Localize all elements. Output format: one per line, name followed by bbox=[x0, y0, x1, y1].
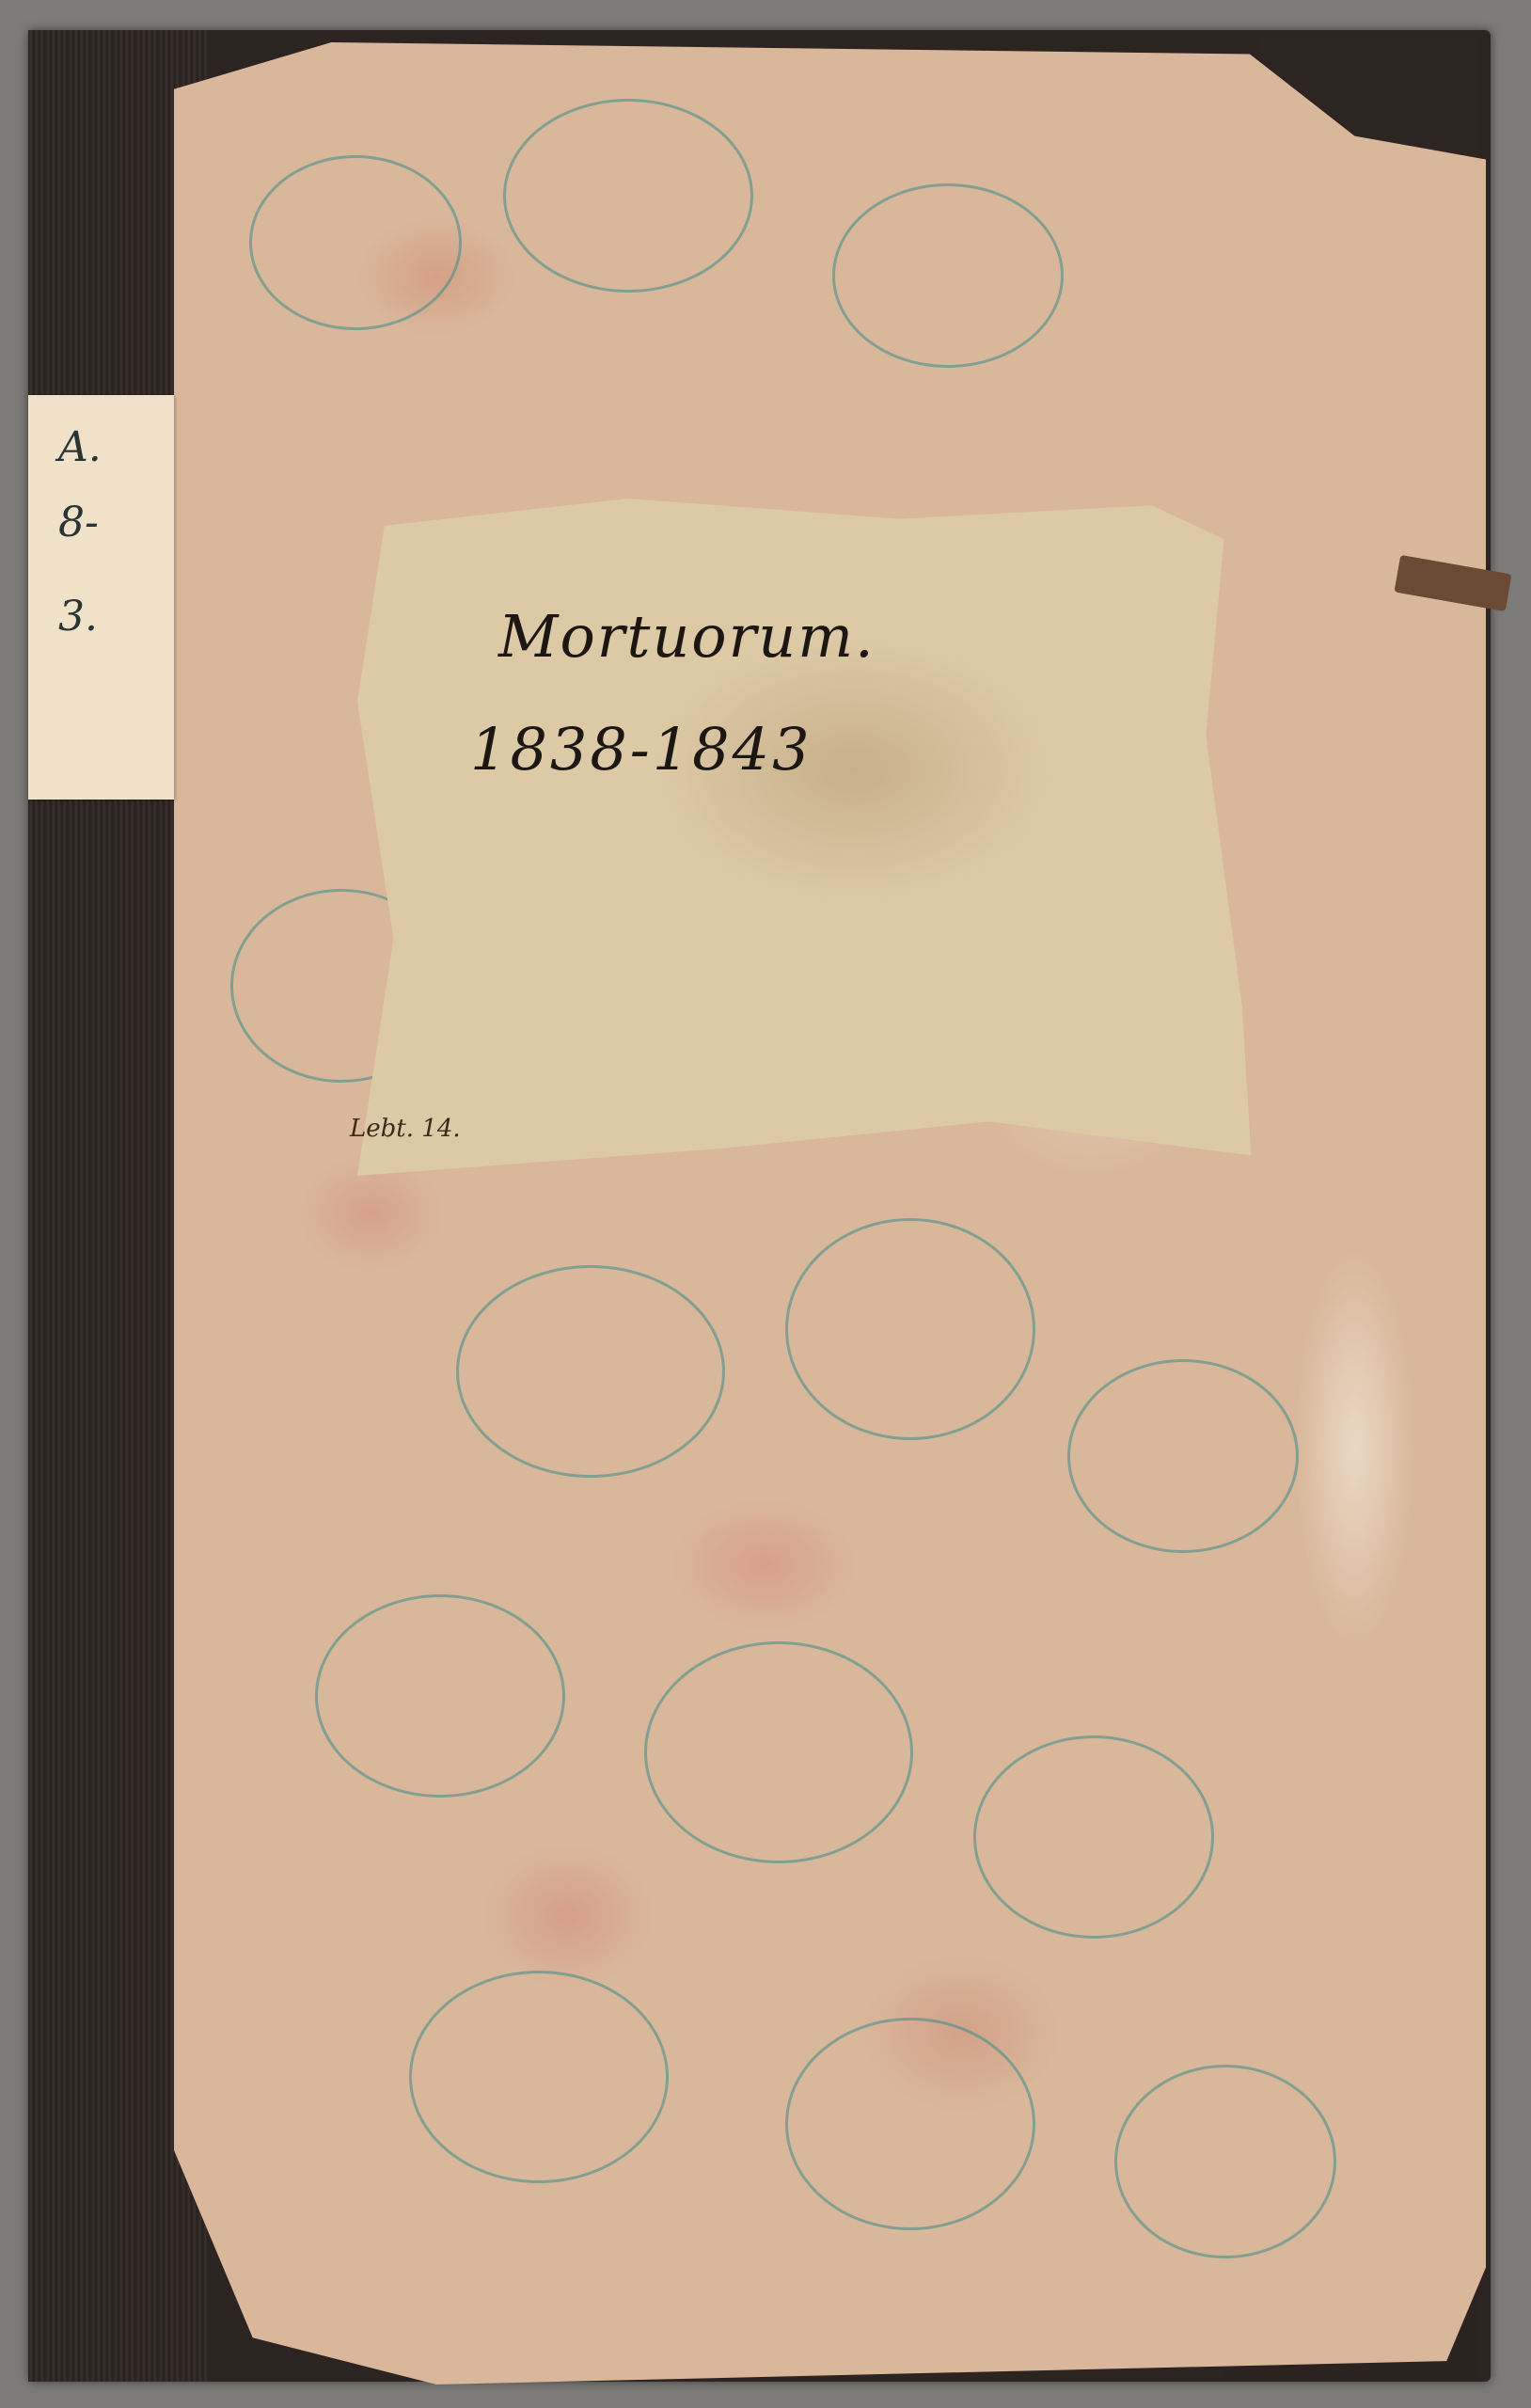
cover-label bbox=[357, 499, 1260, 1176]
marble-vein bbox=[249, 155, 462, 330]
label-years: 1838-1843 bbox=[470, 715, 813, 784]
spine-label: A. 8- 3. bbox=[28, 395, 174, 800]
marble-vein bbox=[456, 1265, 725, 1478]
spine-label-line: A. bbox=[58, 423, 102, 471]
marble-vein bbox=[832, 183, 1064, 368]
spine-label-line: 3. bbox=[58, 593, 98, 641]
marble-vein bbox=[503, 99, 753, 293]
label-title: Mortuorum. bbox=[498, 602, 876, 671]
marble-vein bbox=[1067, 1359, 1299, 1553]
marble-vein bbox=[785, 1218, 1035, 1440]
marble-vein bbox=[644, 1641, 913, 1863]
marble-vein bbox=[1114, 2065, 1336, 2258]
label-note: Lebt. 14. bbox=[350, 1115, 461, 1143]
marble-vein bbox=[315, 1594, 565, 1798]
marble-vein bbox=[409, 1971, 669, 2183]
marbled-cover bbox=[174, 42, 1486, 2384]
marble-vein bbox=[973, 1735, 1214, 1939]
spine-label-line: 8- bbox=[58, 499, 99, 547]
marble-vein bbox=[785, 2018, 1035, 2230]
